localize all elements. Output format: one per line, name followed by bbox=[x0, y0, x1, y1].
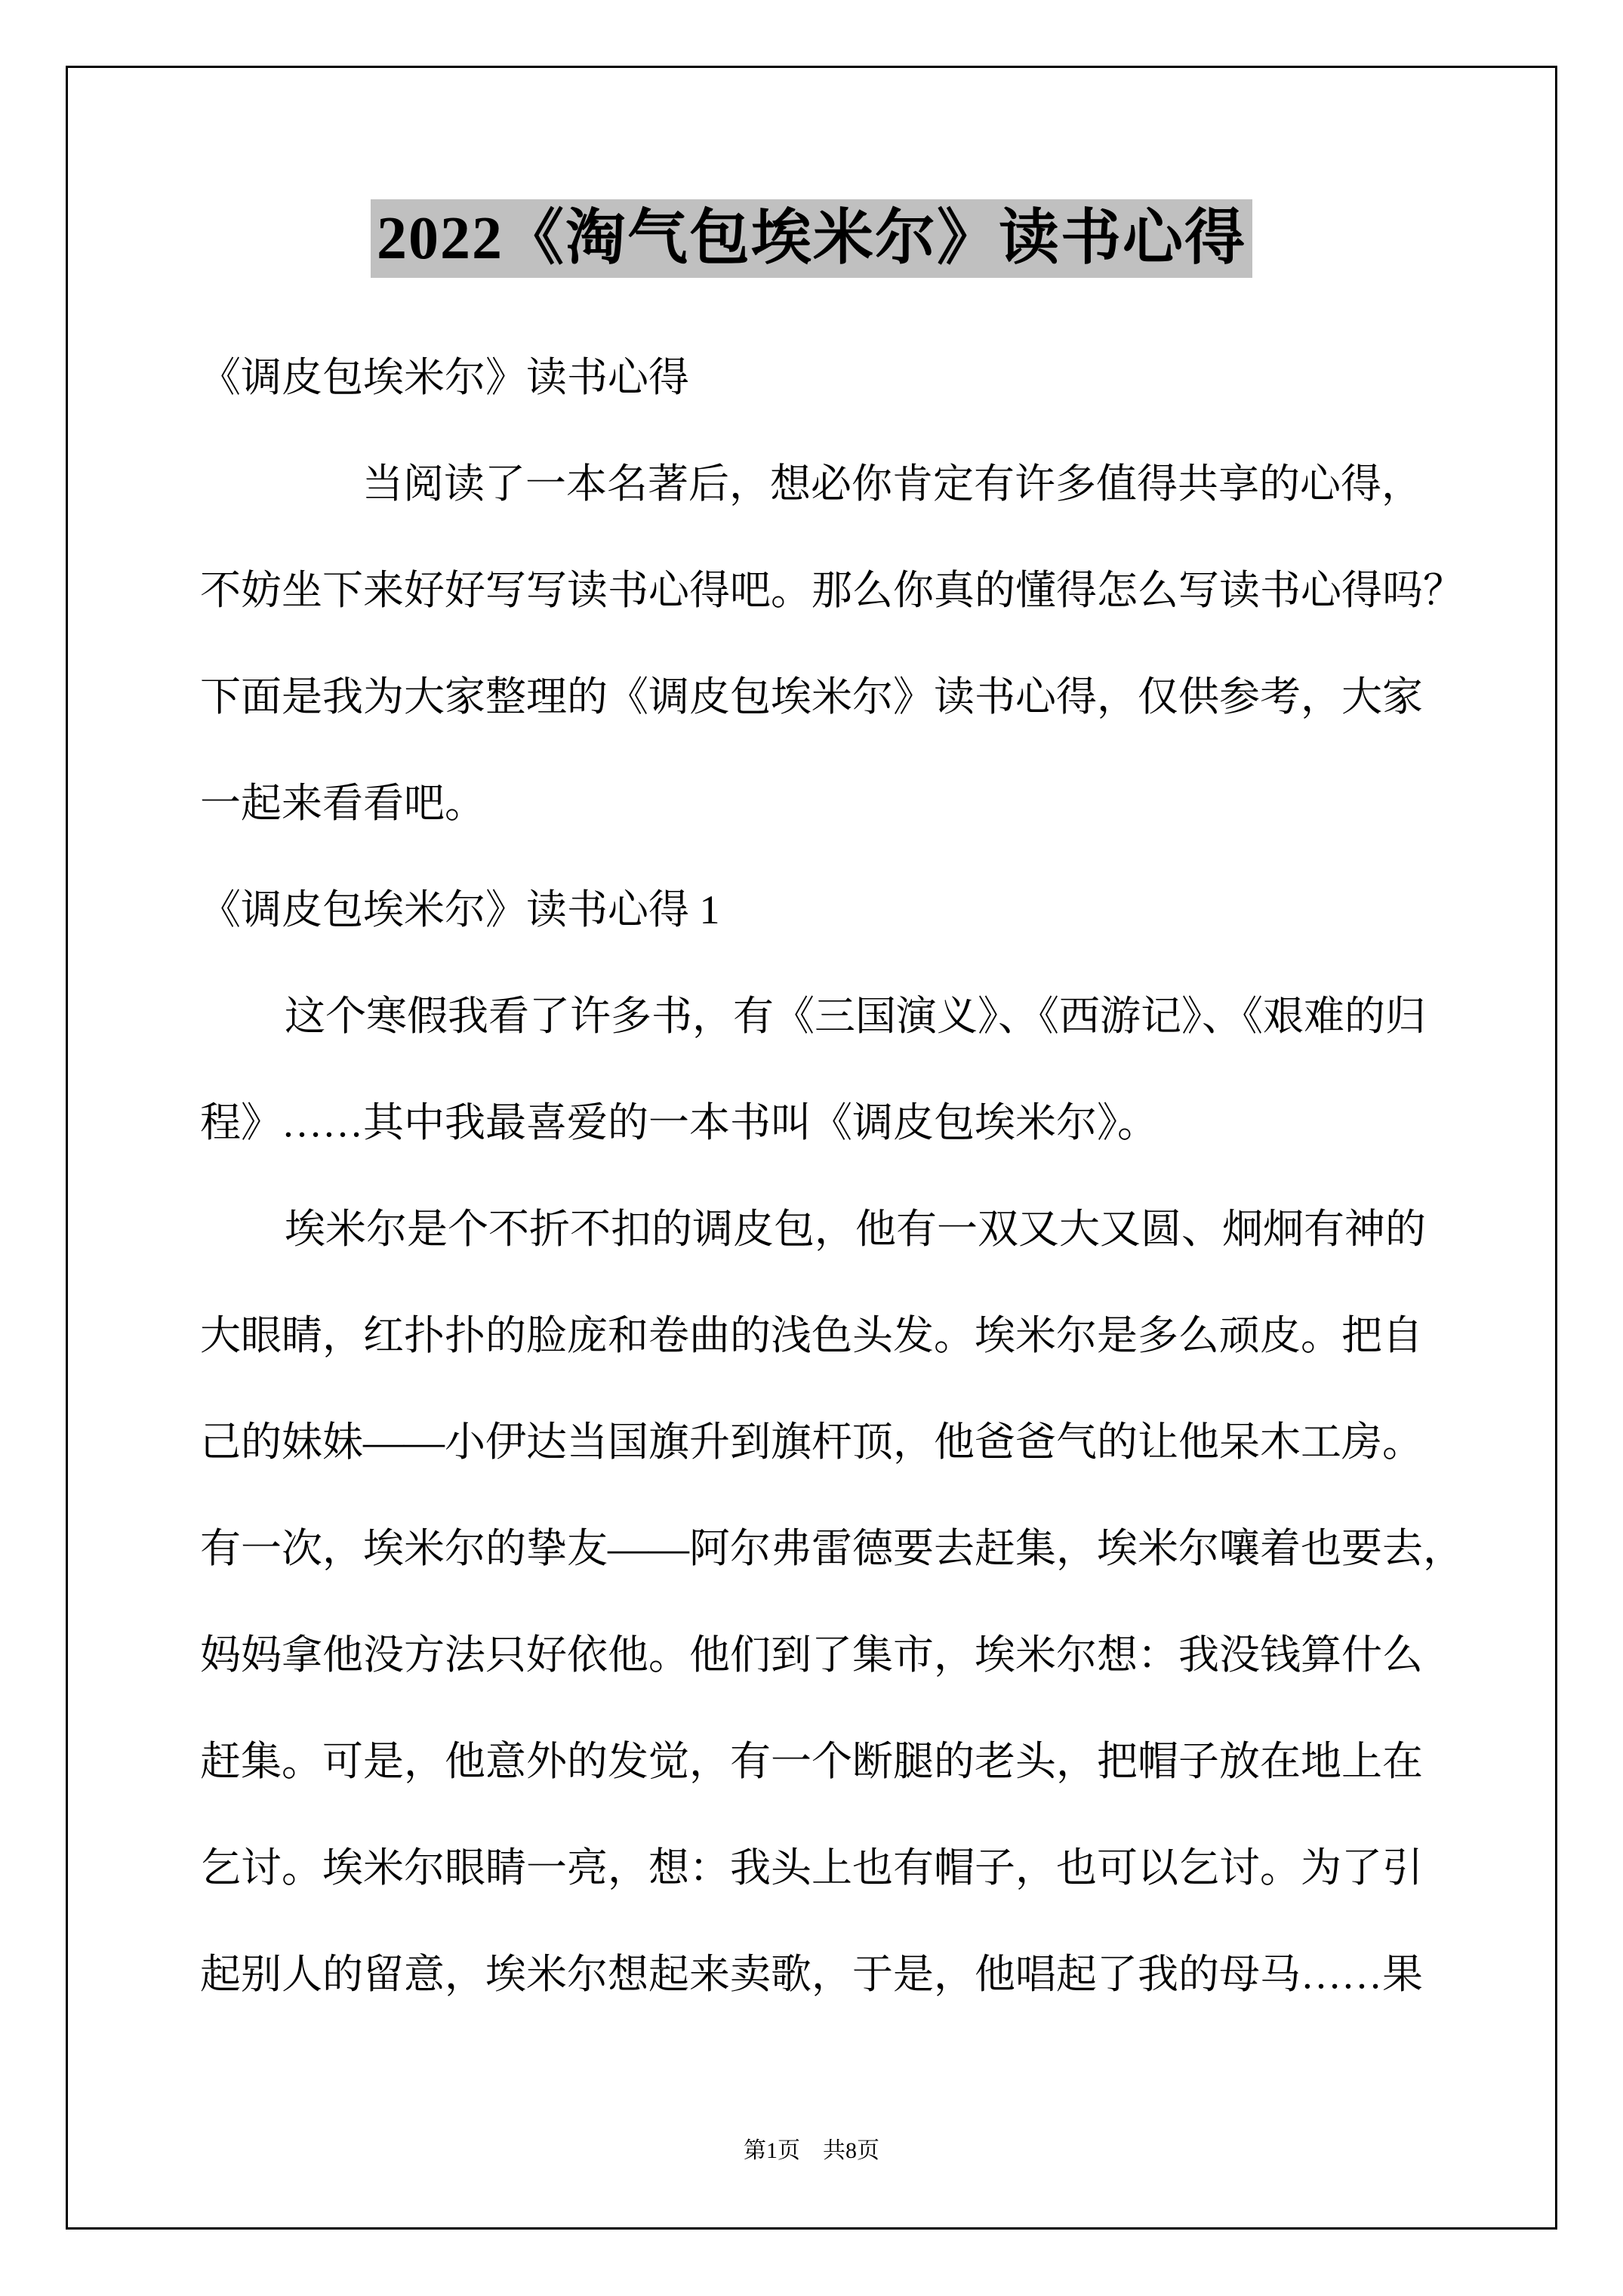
title-area: 2022《淘气包埃米尔》读书心得 bbox=[68, 199, 1555, 278]
page-footer: 第1页共8页 bbox=[68, 2137, 1555, 2164]
body-line: 大眼睛，红扑扑的脸庞和卷曲的浅色头发。埃米尔是多么顽皮。把自 bbox=[200, 1283, 1476, 1389]
document-title: 2022《淘气包埃米尔》读书心得 bbox=[371, 199, 1252, 278]
page-number-label: 第1页 bbox=[744, 2138, 800, 2163]
body-line: 赶集。可是，他意外的发觉，有一个断腿的老头，把帽子放在地上在 bbox=[200, 1709, 1476, 1815]
body-line: 起别人的留意，埃米尔想起来卖歌，于是，他唱起了我的母马……果 bbox=[200, 1922, 1476, 2028]
body-line: 《调皮包埃米尔》读书心得 1 bbox=[200, 857, 1476, 963]
body-line: 不妨坐下来好好写写读书心得吧。那么你真的懂得怎么写读书心得吗？ bbox=[200, 538, 1476, 644]
document-page: 2022《淘气包埃米尔》读书心得 《调皮包埃米尔》读书心得 当阅读了一本名著后，… bbox=[0, 0, 1623, 2296]
body-line: 一起来看看吧。 bbox=[200, 750, 1476, 857]
body-line: 乞讨。埃米尔眼睛一亮，想：我头上也有帽子，也可以乞讨。为了引 bbox=[200, 1815, 1476, 1922]
page-total-label: 共8页 bbox=[823, 2138, 879, 2163]
document-body: 《调皮包埃米尔》读书心得 当阅读了一本名著后，想必你肯定有许多值得共享的心得， … bbox=[200, 325, 1476, 2028]
body-line: 当阅读了一本名著后，想必你肯定有许多值得共享的心得， bbox=[200, 431, 1476, 538]
body-line: 有一次，埃米尔的挚友——阿尔弗雷德要去赶集，埃米尔嚷着也要去， bbox=[200, 1496, 1476, 1602]
body-line: 妈妈拿他没方法只好依他。他们到了集市，埃米尔想：我没钱算什么 bbox=[200, 1602, 1476, 1709]
body-line: 《调皮包埃米尔》读书心得 bbox=[200, 325, 1476, 431]
body-line: 下面是我为大家整理的《调皮包埃米尔》读书心得，仅供参考，大家 bbox=[200, 644, 1476, 750]
body-line: 己的妹妹——小伊达当国旗升到旗杆顶，他爸爸气的让他呆木工房。 bbox=[200, 1389, 1476, 1496]
body-line: 这个寒假我看了许多书，有《三国演义》、《西游记》、《艰难的归 bbox=[200, 963, 1476, 1070]
body-line: 埃米尔是个不折不扣的调皮包，他有一双又大又圆、炯炯有神的 bbox=[200, 1176, 1476, 1283]
page-border-frame: 2022《淘气包埃米尔》读书心得 《调皮包埃米尔》读书心得 当阅读了一本名著后，… bbox=[66, 66, 1557, 2230]
body-line: 程》……其中我最喜爱的一本书叫《调皮包埃米尔》。 bbox=[200, 1070, 1476, 1176]
